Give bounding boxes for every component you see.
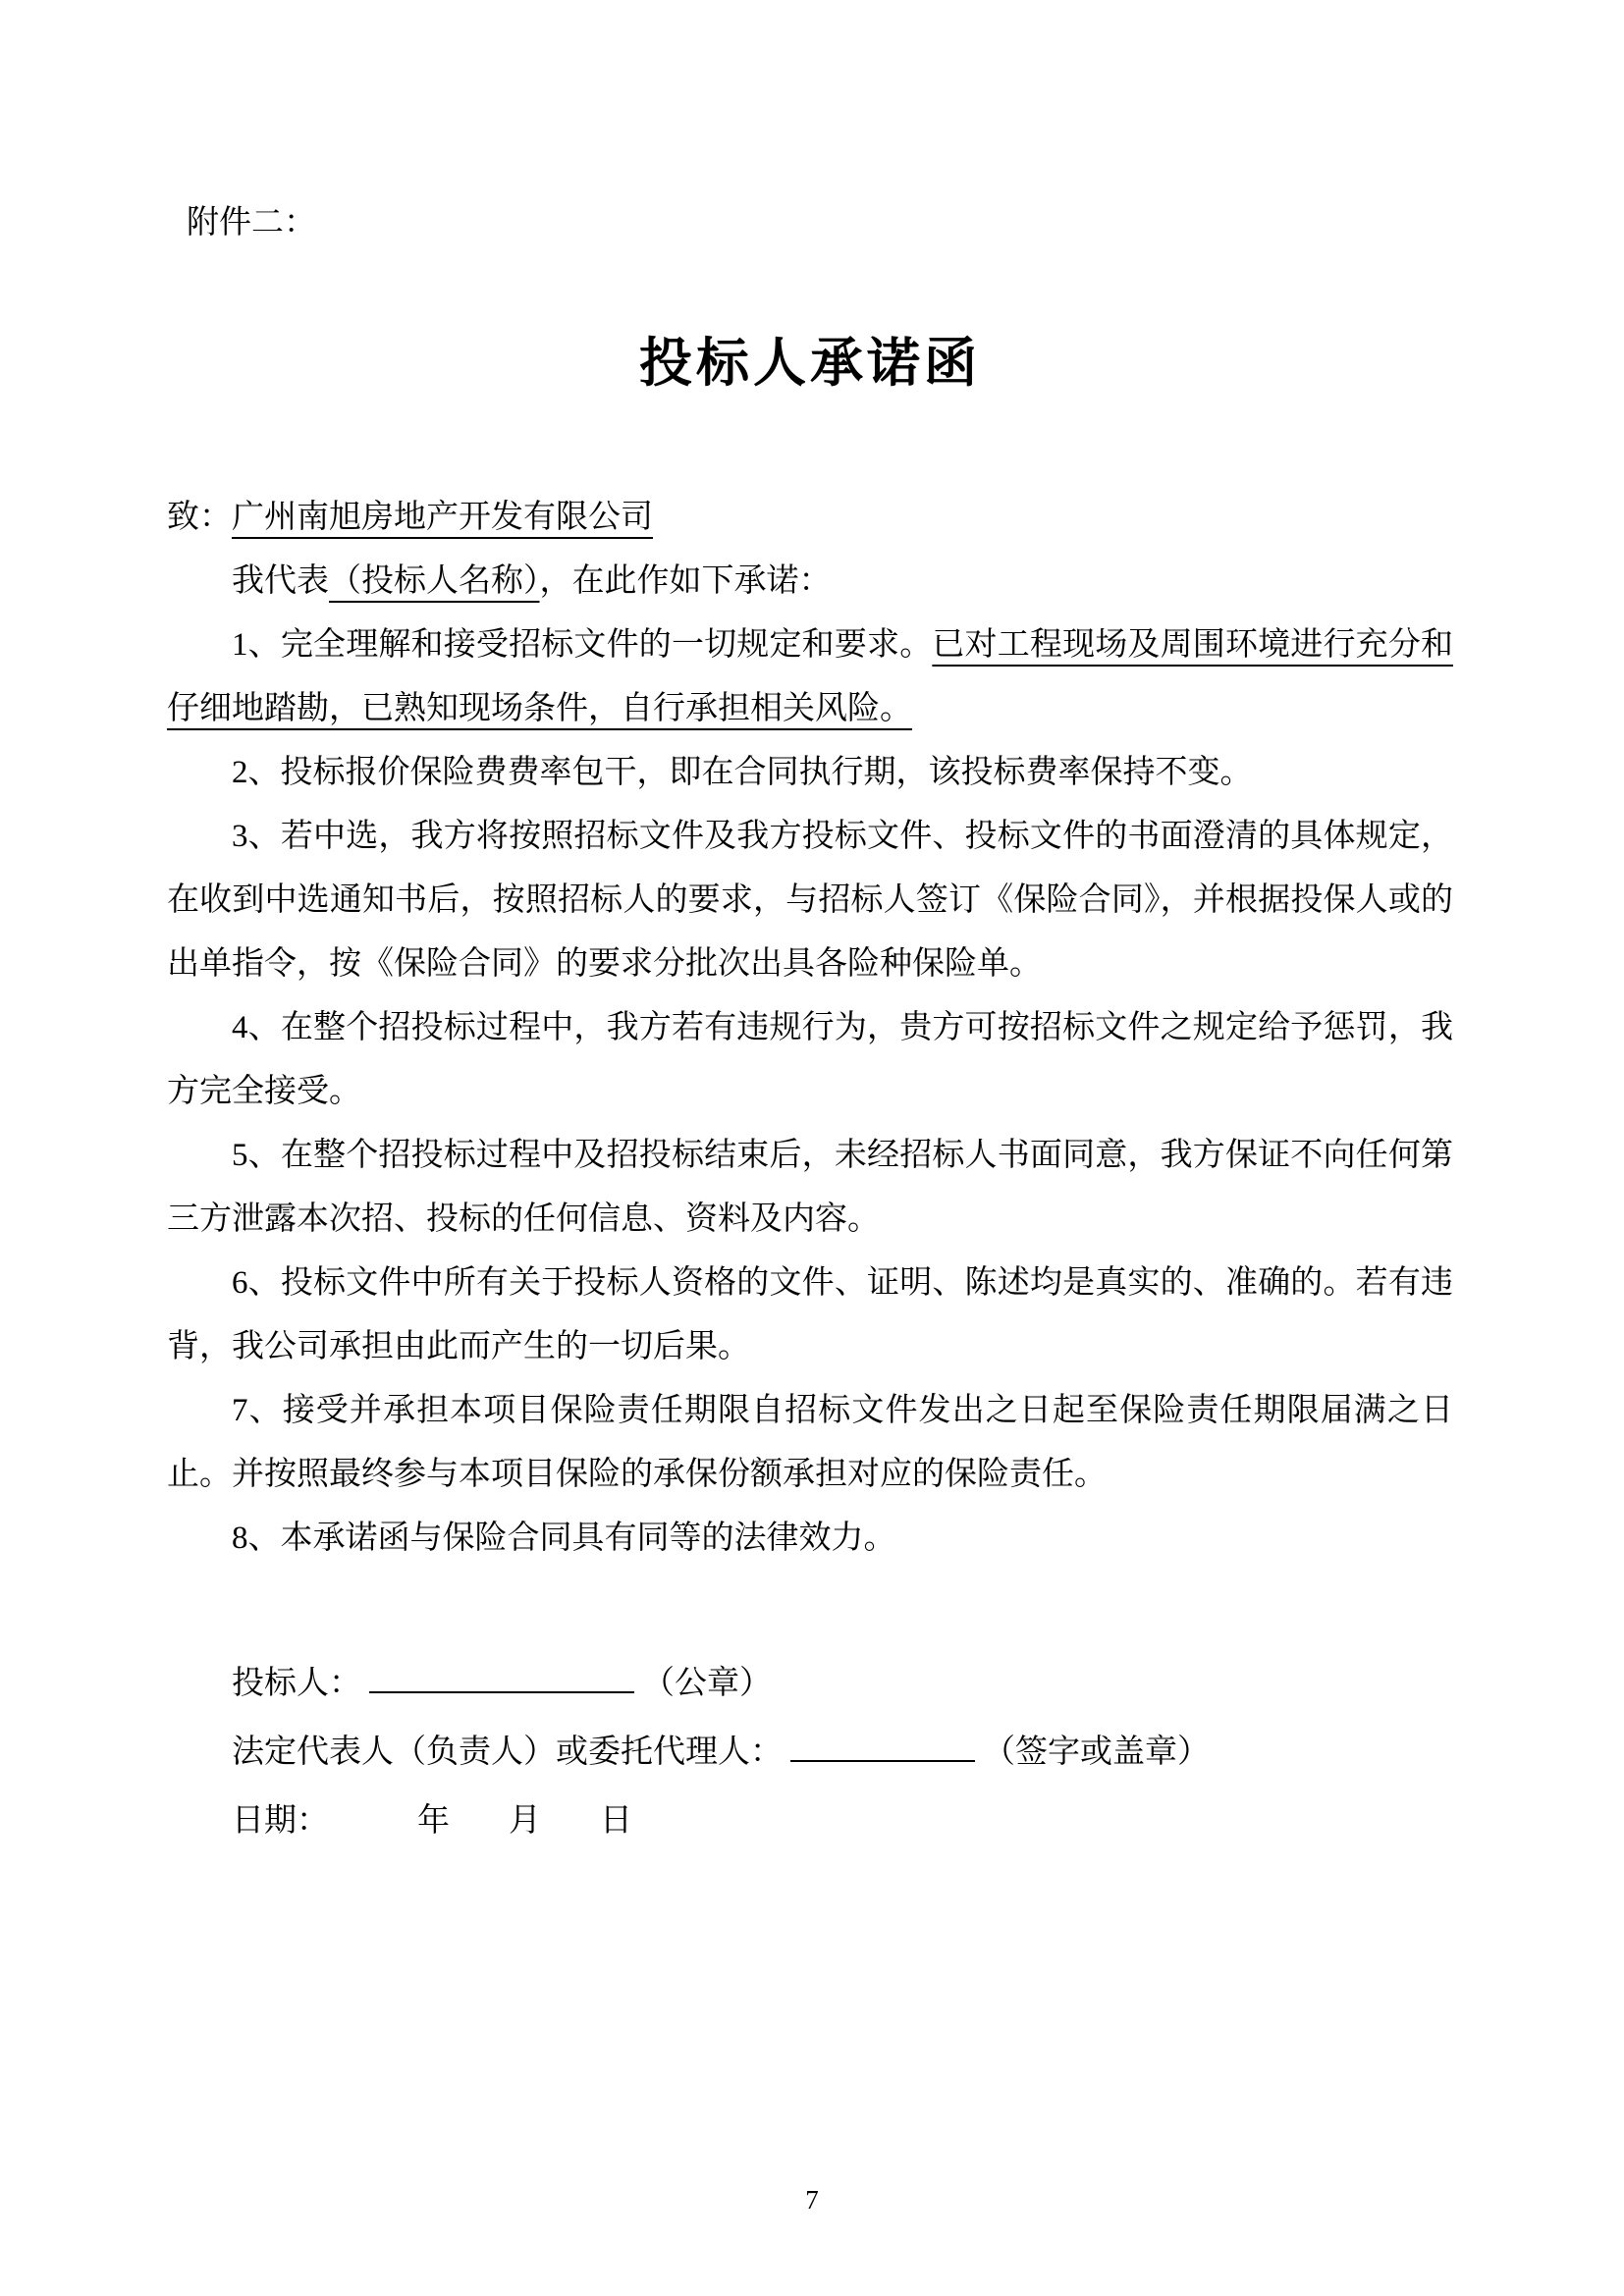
item-3-text: 3、若中选，我方将按照招标文件及我方投标文件、投标文件的书面澄清的具体规定，在收…	[167, 819, 1453, 982]
commitment-item-2: 2、投标报价保险费费率包干，即在合同执行期，该投标费率保持不变。	[167, 741, 1453, 805]
document-title: 投标人承诺函	[167, 329, 1453, 398]
attachment-label: 附件二：	[187, 191, 1453, 255]
item-2-text: 2、投标报价保险费费率包干，即在合同执行期，该投标费率保持不变。	[232, 755, 1253, 790]
document-body: 致：广州南旭房地产开发有限公司 我代表（投标人名称），在此作如下承诺： 1、完全…	[167, 486, 1453, 1571]
item-8-text: 8、本承诺函与保险合同具有同等的法律效力。	[232, 1521, 896, 1556]
item-5-text: 5、在整个招投标过程中及招投标结束后，未经招标人书面同意，我方保证不向任何第三方…	[167, 1138, 1453, 1237]
item-7-text: 7、接受并承担本项目保险责任期限自招标文件发出之日起至保险责任期限届满之日止。并…	[167, 1393, 1453, 1492]
intro-post: ，在此作如下承诺：	[540, 563, 832, 599]
bidder-name-blank	[369, 1659, 634, 1693]
bidder-name-placeholder: （投标人名称）	[329, 563, 540, 599]
commitment-item-8: 8、本承诺函与保险合同具有同等的法律效力。	[167, 1507, 1453, 1571]
signature-block: 投标人：（公章） 法定代表人（负责人）或委托代理人：（签字或盖章） 日期：年月日	[167, 1649, 1453, 1855]
item-4-text: 4、在整个招投标过程中，我方若有违规行为，贵方可按招标文件之规定给予惩罚，我方完…	[167, 1010, 1453, 1109]
representative-seal-note: （签字或盖章）	[983, 1735, 1210, 1770]
intro-pre: 我代表	[232, 563, 329, 599]
item-1-text: 1、完全理解和接受招标文件的一切规定和要求。	[232, 627, 932, 663]
intro-line: 我代表（投标人名称），在此作如下承诺：	[167, 550, 1453, 614]
item-6-text: 6、投标文件中所有关于投标人资格的文件、证明、陈述均是真实的、准确的。若有违背，…	[167, 1265, 1453, 1364]
document-page: 附件二： 投标人承诺函 致：广州南旭房地产开发有限公司 我代表（投标人名称），在…	[0, 0, 1624, 2296]
bidder-seal-note: （公章）	[642, 1666, 772, 1701]
bidder-signature-line: 投标人：（公章）	[167, 1649, 1453, 1718]
date-line: 日期：年月日	[167, 1787, 1453, 1855]
recipient-name: 广州南旭房地产开发有限公司	[232, 500, 653, 535]
bidder-label: 投标人：	[232, 1666, 361, 1701]
commitment-item-4: 4、在整个招投标过程中，我方若有违规行为，贵方可按招标文件之规定给予惩罚，我方完…	[167, 996, 1453, 1124]
commitment-item-5: 5、在整个招投标过程中及招投标结束后，未经招标人书面同意，我方保证不向任何第三方…	[167, 1124, 1453, 1252]
representative-name-blank	[790, 1728, 975, 1762]
commitment-item-7: 7、接受并承担本项目保险责任期限自招标文件发出之日起至保险责任期限届满之日止。并…	[167, 1379, 1453, 1507]
page-number: 7	[0, 2185, 1624, 2216]
year-label: 年	[417, 1803, 450, 1839]
salutation-prefix: 致：	[167, 500, 232, 535]
commitment-item-3: 3、若中选，我方将按照招标文件及我方投标文件、投标文件的书面澄清的具体规定，在收…	[167, 805, 1453, 996]
representative-label: 法定代表人（负责人）或委托代理人：	[232, 1735, 783, 1770]
commitment-item-1: 1、完全理解和接受招标文件的一切规定和要求。已对工程现场及周围环境进行充分和仔细…	[167, 614, 1453, 741]
salutation-line: 致：广州南旭房地产开发有限公司	[167, 486, 1453, 550]
commitment-item-6: 6、投标文件中所有关于投标人资格的文件、证明、陈述均是真实的、准确的。若有违背，…	[167, 1252, 1453, 1379]
month-label: 月	[509, 1803, 541, 1839]
date-label: 日期：	[232, 1803, 329, 1839]
day-label: 日	[600, 1803, 632, 1839]
representative-signature-line: 法定代表人（负责人）或委托代理人：（签字或盖章）	[167, 1718, 1453, 1787]
